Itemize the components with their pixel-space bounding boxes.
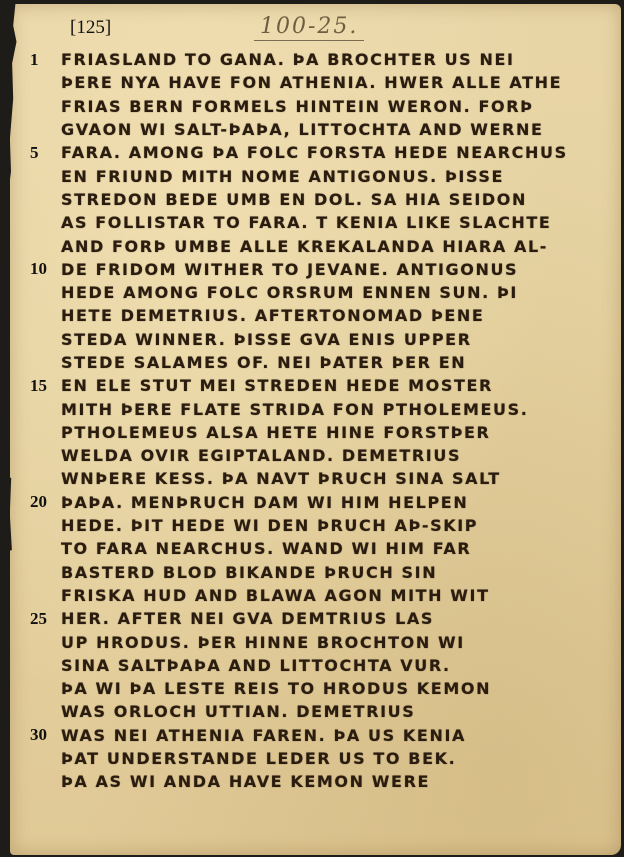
text-line: WELDA OVIR EGIPTALAND. DEMETRIUS: [10, 444, 621, 467]
text-line: HEDE. ÞIT HEDE WI DEN ÞRUCH AÞ-SKIP: [10, 514, 621, 537]
line-text: FRISKA HUD AND BLAWA AGON MITH WIT: [61, 586, 490, 605]
text-line: HEDE AMONG FOLC ORSRUM ENNEN SUN. ÞI: [10, 281, 621, 304]
line-text: ÞA AS WI ANDA HAVE KEMON WERE: [61, 772, 430, 791]
text-line: EN FRIUND MITH NOME ANTIGONUS. ÞISSE: [10, 164, 621, 187]
text-line: UP HRODUS. ÞER HINNE BROCHTON WI: [10, 630, 621, 653]
text-line: BASTERD BLOD BIKANDE ÞRUCH SIN: [10, 561, 621, 584]
text-line: 20ÞAÞA. MENÞRUCH DAM WI HIM HELPEN: [10, 491, 621, 514]
line-text: HEDE. ÞIT HEDE WI DEN ÞRUCH AÞ-SKIP: [61, 516, 478, 535]
text-line: ÞA AS WI ANDA HAVE KEMON WERE: [10, 770, 621, 793]
text-line: PTHOLEMEUS ALSA HETE HINE FORSTÞER: [10, 421, 621, 444]
line-text: ÞAT UNDERSTANDE LEDER US TO BEK.: [61, 749, 456, 768]
line-text: DE FRIDOM WITHER TO JEVANE. ANTIGONUS: [61, 260, 518, 279]
text-line: ÞERE NYA HAVE FON ATHENIA. HWER ALLE ATH…: [10, 71, 621, 94]
line-text: GVAON WI SALT-ÞAÞA, LITTOCHTA AND WERNE: [61, 120, 543, 139]
text-line: ÞAT UNDERSTANDE LEDER US TO BEK.: [10, 747, 621, 770]
text-line: 5FARA. AMONG ÞA FOLC FORSTA HEDE NEARCHU…: [10, 141, 621, 164]
text-line: GVAON WI SALT-ÞAÞA, LITTOCHTA AND WERNE: [10, 118, 621, 141]
text-line: AND FORÞ UMBE ALLE KREKALANDA HIARA AL-: [10, 234, 621, 257]
line-text: WAS ORLOCH UTTIAN. DEMETRIUS: [61, 702, 415, 721]
line-text: UP HRODUS. ÞER HINNE BROCHTON WI: [61, 633, 465, 652]
text-line: AS FOLLISTAR TO FARA. T KENIA LIKE SLACH…: [10, 211, 621, 234]
text-line: MITH ÞERE FLATE STRIDA FON PTHOLEMEUS.: [10, 397, 621, 420]
line-text: ÞERE NYA HAVE FON ATHENIA. HWER ALLE ATH…: [61, 73, 562, 92]
folio-number: [125]: [70, 17, 111, 39]
text-line: TO FARA NEARCHUS. WAND WI HIM FAR: [10, 537, 621, 560]
line-text: STEDE SALAMES OF. NEI ÞATER ÞER EN: [61, 353, 466, 372]
line-text: PTHOLEMEUS ALSA HETE HINE FORSTÞER: [61, 423, 490, 442]
text-line: WAS ORLOCH UTTIAN. DEMETRIUS: [10, 700, 621, 723]
line-text: EN ELE STUT MEI STREDEN HEDE MOSTER: [61, 376, 493, 395]
text-line: STEDE SALAMES OF. NEI ÞATER ÞER EN: [10, 351, 621, 374]
line-number: 5: [30, 143, 58, 163]
text-line: FRIAS BERN FORMELS HINTEIN WERON. FORÞ: [10, 95, 621, 118]
line-number: 1: [30, 50, 58, 70]
text-line: 25HER. AFTER NEI GVA DEMTRIUS LAS: [10, 607, 621, 630]
manuscript-scan: [125] 100-25. 1FRIASLAND TO GANA. ÞA BRO…: [0, 0, 624, 857]
text-line: SINA SALTÞAÞA AND LITTOCHTA VUR.: [10, 654, 621, 677]
line-text: STEDA WINNER. ÞISSE GVA ENIS UPPER: [61, 330, 472, 349]
line-number: 20: [30, 492, 58, 512]
line-text: HETE DEMETRIUS. AFTERTONOMAD ÞENE: [61, 306, 484, 325]
line-text: AS FOLLISTAR TO FARA. T KENIA LIKE SLACH…: [61, 213, 551, 232]
line-text: TO FARA NEARCHUS. WAND WI HIM FAR: [61, 539, 471, 558]
line-text: HEDE AMONG FOLC ORSRUM ENNEN SUN. ÞI: [61, 283, 518, 302]
line-text: FRIAS BERN FORMELS HINTEIN WERON. FORÞ: [61, 97, 534, 116]
line-text: ÞA WI ÞA LESTE REIS TO HRODUS KEMON: [61, 679, 491, 698]
line-number: 15: [30, 376, 58, 396]
text-line: 15EN ELE STUT MEI STREDEN HEDE MOSTER: [10, 374, 621, 397]
text-line: WNÞERE KESS. ÞA NAVT ÞRUCH SINA SALT: [10, 467, 621, 490]
manuscript-page: [125] 100-25. 1FRIASLAND TO GANA. ÞA BRO…: [10, 4, 621, 855]
text-line: 30WAS NEI ATHENIA FAREN. ÞA US KENIA: [10, 724, 621, 747]
manuscript-text-block: 1FRIASLAND TO GANA. ÞA BROCHTER US NEI Þ…: [10, 48, 621, 794]
line-text: SINA SALTÞAÞA AND LITTOCHTA VUR.: [61, 656, 451, 675]
line-text: FRIASLAND TO GANA. ÞA BROCHTER US NEI: [61, 50, 515, 69]
line-text: EN FRIUND MITH NOME ANTIGONUS. ÞISSE: [61, 167, 504, 186]
text-line: 10DE FRIDOM WITHER TO JEVANE. ANTIGONUS: [10, 258, 621, 281]
line-text: ÞAÞA. MENÞRUCH DAM WI HIM HELPEN: [61, 493, 468, 512]
line-text: HER. AFTER NEI GVA DEMTRIUS LAS: [61, 609, 434, 628]
line-text: BASTERD BLOD BIKANDE ÞRUCH SIN: [61, 563, 437, 582]
page-reference-annotation: 100-25.: [254, 14, 364, 41]
text-line: 1FRIASLAND TO GANA. ÞA BROCHTER US NEI: [10, 48, 621, 71]
text-line: STEDA WINNER. ÞISSE GVA ENIS UPPER: [10, 328, 621, 351]
text-line: HETE DEMETRIUS. AFTERTONOMAD ÞENE: [10, 304, 621, 327]
line-text: STREDON BEDE UMB EN DOL. SA HIA SEIDON: [61, 190, 527, 209]
line-text: WAS NEI ATHENIA FAREN. ÞA US KENIA: [61, 726, 466, 745]
line-number: 10: [30, 259, 58, 279]
line-number: 25: [30, 609, 58, 629]
line-text: WNÞERE KESS. ÞA NAVT ÞRUCH SINA SALT: [61, 469, 501, 488]
line-number: 30: [30, 725, 58, 745]
line-text: MITH ÞERE FLATE STRIDA FON PTHOLEMEUS.: [61, 400, 528, 419]
line-text: WELDA OVIR EGIPTALAND. DEMETRIUS: [61, 446, 461, 465]
text-line: STREDON BEDE UMB EN DOL. SA HIA SEIDON: [10, 188, 621, 211]
line-text: FARA. AMONG ÞA FOLC FORSTA HEDE NEARCHUS: [61, 143, 568, 162]
text-line: ÞA WI ÞA LESTE REIS TO HRODUS KEMON: [10, 677, 621, 700]
text-line: FRISKA HUD AND BLAWA AGON MITH WIT: [10, 584, 621, 607]
line-text: AND FORÞ UMBE ALLE KREKALANDA HIARA AL-: [61, 237, 548, 256]
